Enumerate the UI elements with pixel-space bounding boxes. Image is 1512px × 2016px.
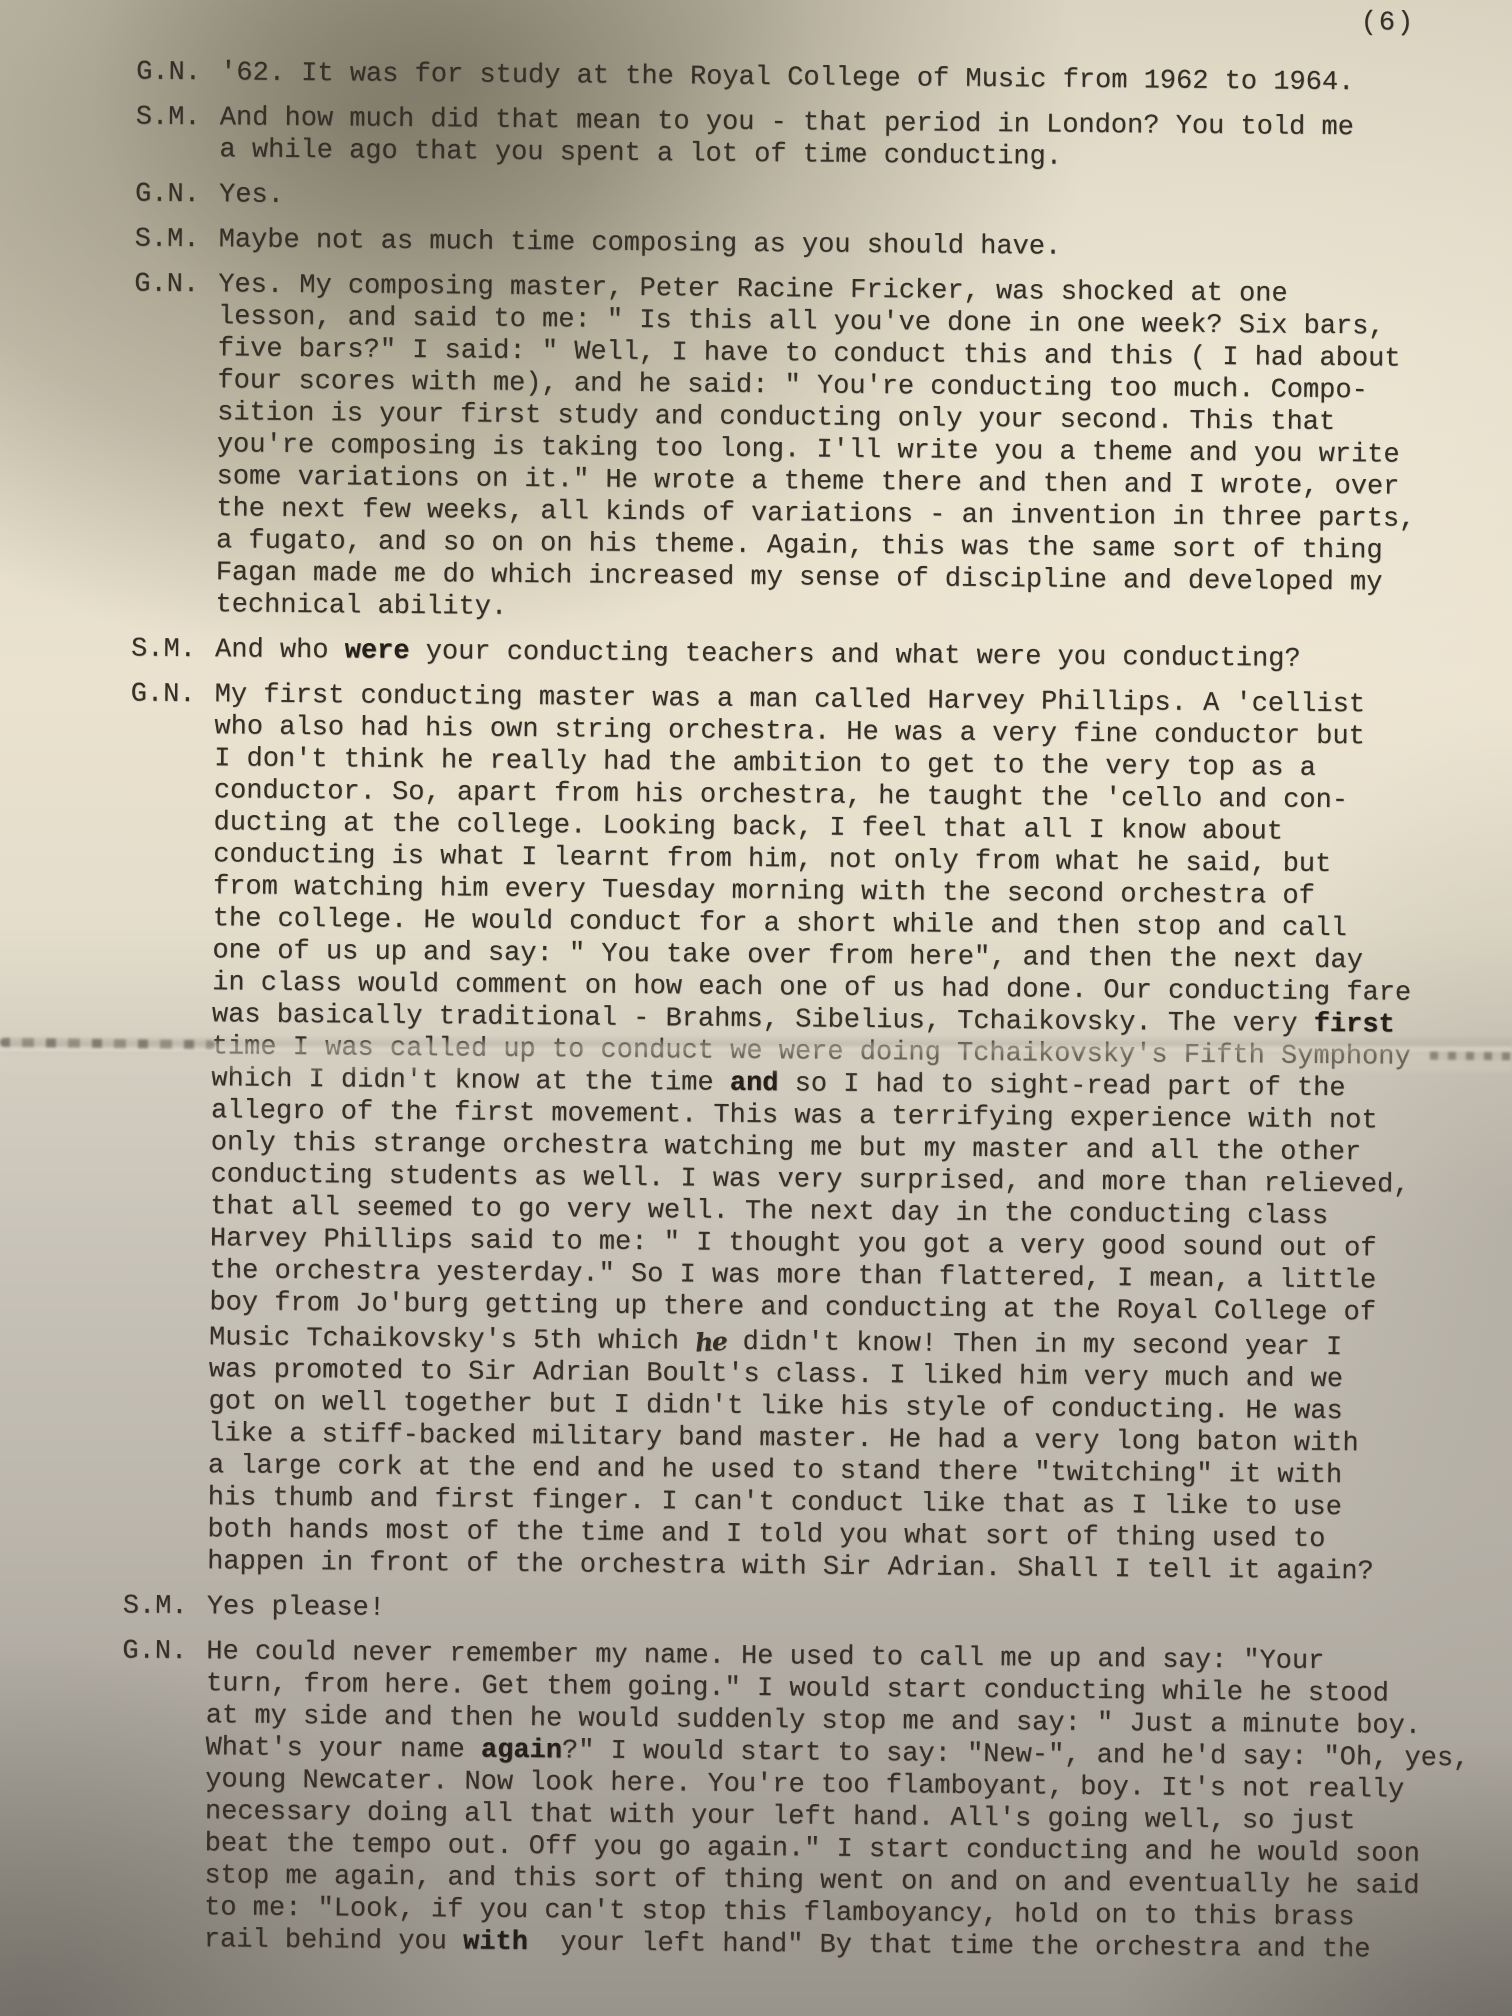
speaker-label: G.N. bbox=[122, 1635, 206, 1668]
transcript-turn: G.N. My first conducting master was a ma… bbox=[123, 679, 1507, 1590]
speaker-label: G.N. bbox=[135, 179, 219, 212]
speaker-label: G.N. bbox=[134, 269, 218, 302]
utterance-text: And how much did that mean to you - that… bbox=[219, 102, 1512, 177]
speaker-label: G.N. bbox=[136, 57, 220, 90]
transcript-turn: S.M. Yes please! bbox=[123, 1590, 1499, 1634]
transcript-turn: G.N. Yes. bbox=[135, 179, 1511, 223]
transcript: G.N. '62. It was for study at the Royal … bbox=[120, 57, 1512, 1968]
typewritten-page-photo: (6) G.N. '62. It was for study at the Ro… bbox=[0, 0, 1512, 2016]
utterance-text: My first conducting master was a man cal… bbox=[207, 679, 1507, 1589]
utterance-text: And who were your conducting teachers an… bbox=[215, 634, 1507, 677]
speaker-label: G.N. bbox=[131, 679, 215, 712]
speaker-label: S.M. bbox=[123, 1590, 207, 1623]
page-number: (6) bbox=[1360, 7, 1415, 39]
transcript-turn: G.N. He could never remember my name. He… bbox=[120, 1635, 1499, 1967]
utterance-text: Yes please! bbox=[207, 1591, 1499, 1634]
transcript-turn: G.N. '62. It was for study at the Royal … bbox=[136, 57, 1512, 101]
utterance-text: Maybe not as much time composing as you … bbox=[219, 224, 1511, 267]
page-content: (6) G.N. '62. It was for study at the Ro… bbox=[0, 0, 1512, 2016]
speaker-label: S.M. bbox=[136, 102, 220, 135]
speaker-label: S.M. bbox=[131, 634, 215, 667]
transcript-turn: G.N. Yes. My composing master, Peter Rac… bbox=[131, 269, 1510, 633]
transcript-turn: S.M. And who were your conducting teache… bbox=[131, 634, 1507, 678]
transcript-turn: S.M. And how much did that mean to you -… bbox=[135, 102, 1512, 178]
speaker-label: S.M. bbox=[135, 224, 219, 257]
utterance-text: Yes. My composing master, Peter Racine F… bbox=[215, 269, 1510, 632]
utterance-text: He could never remember my name. He used… bbox=[204, 1636, 1499, 1967]
utterance-text: Yes. bbox=[219, 179, 1511, 222]
utterance-text: '62. It was for study at the Royal Colle… bbox=[220, 57, 1512, 100]
transcript-turn: S.M. Maybe not as much time composing as… bbox=[135, 224, 1511, 268]
